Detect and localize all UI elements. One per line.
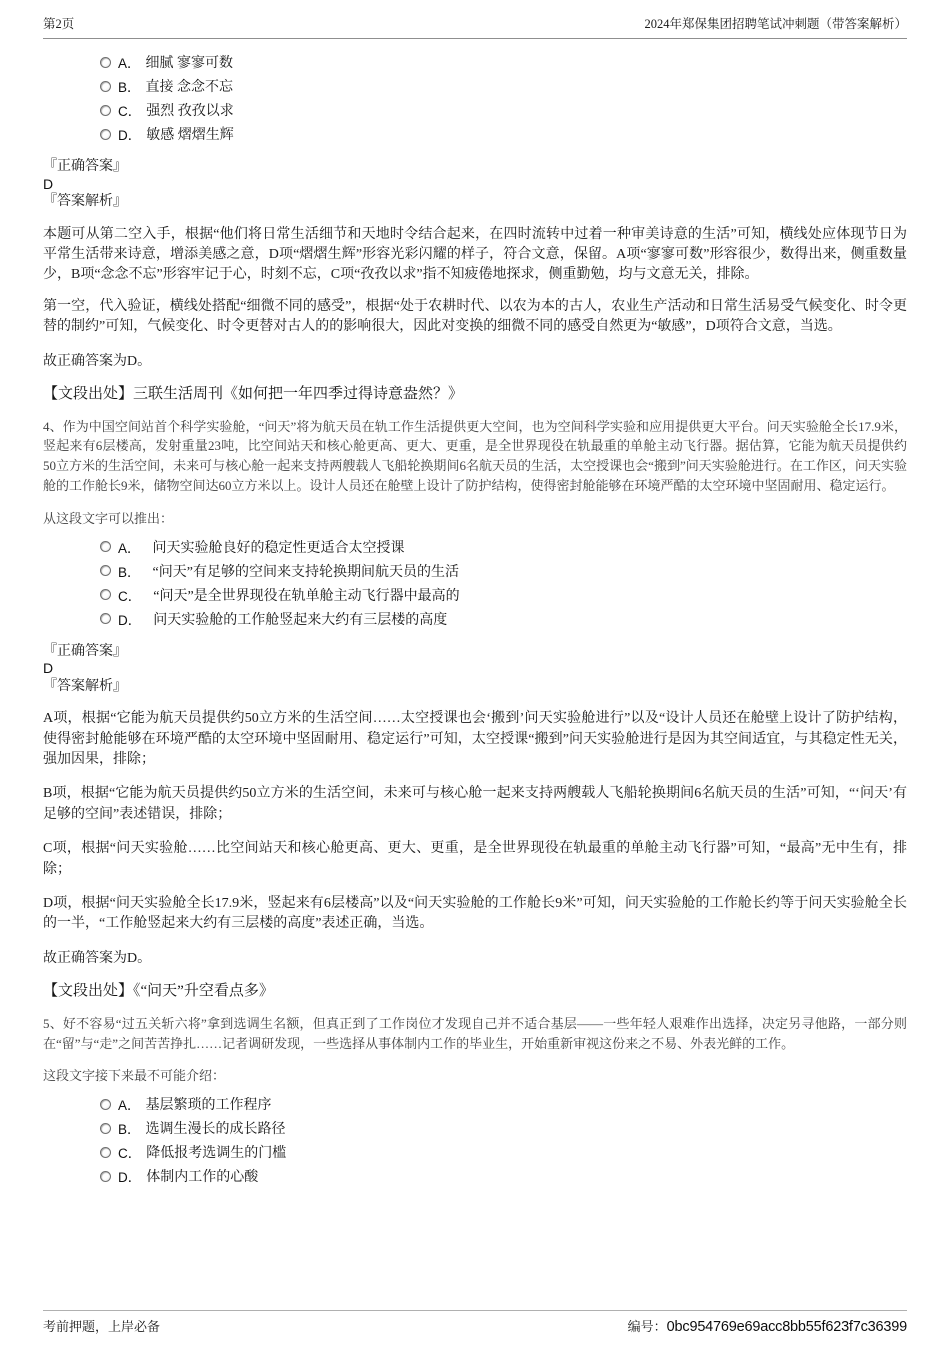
q5-option-c: C． 降低报考选调生的门槛 — [100, 1140, 907, 1164]
radio-icon[interactable] — [100, 57, 111, 68]
option-letter: B． — [118, 561, 141, 581]
option-text: 基层繁琐的工作程序 — [146, 1094, 272, 1114]
page-header: 第2页 2024年郑保集团招聘笔试冲刺题（带答案解析） — [43, 0, 907, 39]
option-text: 体制内工作的心酸 — [146, 1166, 258, 1186]
option-letter: D． — [118, 1166, 141, 1186]
radio-icon[interactable] — [100, 1099, 111, 1110]
option-letter: A． — [118, 52, 141, 72]
radio-icon[interactable] — [100, 105, 111, 116]
q4-option-d: D． 问天实验舱的工作舱竖起来大约有三层楼的高度 — [100, 607, 907, 631]
radio-icon[interactable] — [100, 129, 111, 140]
q3-conclusion: 故正确答案为D。 — [43, 350, 907, 370]
q4-answer-block: 『正确答案』 D 『答案解析』 — [43, 643, 907, 696]
option-letter: D． — [118, 609, 141, 629]
exam-page: 第2页 2024年郑保集团招聘笔试冲刺题（带答案解析） A． 细腻 寥寥可数 B… — [0, 0, 950, 1345]
q5-option-b: B． 选调生漫长的成长路径 — [100, 1116, 907, 1140]
q4-source-line: 【文段出处】《“问天”升空看点多》 — [43, 979, 907, 1000]
option-letter: C． — [118, 100, 141, 120]
q4-analysis-paragraph: B项，根据“它能为航天员提供约50立方米的生活空间，未来可与核心舱一起来支持两艘… — [43, 784, 907, 825]
page-number: 第2页 — [43, 14, 74, 32]
radio-icon[interactable] — [100, 613, 111, 624]
radio-icon[interactable] — [100, 81, 111, 92]
q3-option-d: D． 敏感 熠熠生辉 — [100, 122, 907, 146]
document-title: 2024年郑保集团招聘笔试冲刺题（带答案解析） — [644, 14, 907, 32]
q4-option-a: A． 问天实验舱良好的稳定性更适合太空授课 — [100, 535, 907, 559]
q4-analysis-paragraph: C项，根据“问天实验舱……比空间站天和核心舱更高、更大、更重，是全世界现役在轨最… — [43, 839, 907, 880]
option-text: 问天实验舱良好的稳定性更适合太空授课 — [153, 537, 405, 557]
q4-options: A． 问天实验舱良好的稳定性更适合太空授课 B． “问天”有足够的空间来支持轮换… — [43, 535, 907, 631]
option-text: 强烈 孜孜以求 — [146, 100, 234, 120]
answer-analysis-label: 『答案解析』 — [43, 193, 907, 211]
q4-prompt: 从这段文字可以推出： — [43, 508, 907, 527]
option-letter: A． — [118, 537, 141, 557]
q5-prompt: 这段文字接下来最不可能介绍： — [43, 1065, 907, 1084]
correct-answer-label: 『正确答案』 — [43, 158, 907, 176]
option-letter: A． — [118, 1094, 141, 1114]
q4-option-b: B． “问天”有足够的空间来支持轮换期间航天员的生活 — [100, 559, 907, 583]
q3-answer-block: 『正确答案』 D 『答案解析』 — [43, 158, 907, 211]
option-letter: C． — [118, 585, 141, 605]
option-text: “问天”有足够的空间来支持轮换期间航天员的生活 — [153, 561, 459, 581]
q4-stem: 4、作为中国空间站首个科学实验舱，“问天”将为航天员在轨工作生活提供更大空间，也… — [43, 417, 907, 496]
option-letter: B． — [118, 1118, 141, 1138]
code-label: 编号： — [628, 1316, 667, 1335]
q3-option-c: C． 强烈 孜孜以求 — [100, 98, 907, 122]
option-text: 细腻 寥寥可数 — [146, 52, 234, 72]
correct-answer-value: D — [43, 176, 907, 194]
option-letter: C． — [118, 1142, 141, 1162]
q5-option-d: D． 体制内工作的心酸 — [100, 1164, 907, 1188]
q5-stem: 5、好不容易“过五关斩六将”拿到选调生名额，但真正到了工作岗位才发现自己并不适合… — [43, 1014, 907, 1054]
option-text: 敏感 熠熠生辉 — [146, 124, 234, 144]
q4-analysis-paragraph: D项，根据“问天实验舱全长17.9米，竖起来有6层楼高”以及“问天实验舱的工作舱… — [43, 894, 907, 935]
radio-icon[interactable] — [100, 565, 111, 576]
q3-analysis-paragraph: 本题可从第二空入手，根据“他们将日常生活细节和天地时令结合起来，在四时流转中过着… — [43, 225, 907, 286]
footer-slogan: 考前押题，上岸必备 — [43, 1316, 160, 1335]
radio-icon[interactable] — [100, 1147, 111, 1158]
option-letter: B． — [118, 76, 141, 96]
option-text: 直接 念念不忘 — [146, 76, 234, 96]
answer-analysis-label: 『答案解析』 — [43, 678, 907, 696]
q3-analysis-paragraph: 第一空，代入验证，横线处搭配“细微不同的感受”，根据“处于农耕时代、以农为本的古… — [43, 297, 907, 338]
option-text: “问天”是全世界现役在轨单舱主动飞行器中最高的 — [153, 585, 459, 605]
option-letter: D． — [118, 124, 141, 144]
q4-analysis-paragraph: A项，根据“它能为航天员提供约50立方米的生活空间……太空授课也会‘搬到’问天实… — [43, 709, 907, 770]
page-footer: 考前押题，上岸必备 编号： 0bc954769e69acc8bb55f623f7… — [43, 1310, 907, 1335]
q3-options: A． 细腻 寥寥可数 B． 直接 念念不忘 C． 强烈 孜孜以求 D． 敏感 熠… — [43, 50, 907, 146]
q3-option-a: A． 细腻 寥寥可数 — [100, 50, 907, 74]
radio-icon[interactable] — [100, 589, 111, 600]
q3-option-b: B． 直接 念念不忘 — [100, 74, 907, 98]
q3-source-line: 【文段出处】三联生活周刊《如何把一年四季过得诗意盎然？》 — [43, 382, 907, 403]
correct-answer-value: D — [43, 660, 907, 678]
radio-icon[interactable] — [100, 541, 111, 552]
q5-option-a: A． 基层繁琐的工作程序 — [100, 1092, 907, 1116]
correct-answer-label: 『正确答案』 — [43, 643, 907, 661]
document-code: 编号： 0bc954769e69acc8bb55f623f7c36399 — [628, 1316, 907, 1335]
q4-conclusion: 故正确答案为D。 — [43, 947, 907, 967]
code-value: 0bc954769e69acc8bb55f623f7c36399 — [667, 1319, 907, 1335]
radio-icon[interactable] — [100, 1171, 111, 1182]
q5-options: A． 基层繁琐的工作程序 B． 选调生漫长的成长路径 C． 降低报考选调生的门槛… — [43, 1092, 907, 1188]
q4-option-c: C． “问天”是全世界现役在轨单舱主动飞行器中最高的 — [100, 583, 907, 607]
option-text: 选调生漫长的成长路径 — [146, 1118, 286, 1138]
option-text: 问天实验舱的工作舱竖起来大约有三层楼的高度 — [153, 609, 447, 629]
option-text: 降低报考选调生的门槛 — [146, 1142, 286, 1162]
radio-icon[interactable] — [100, 1123, 111, 1134]
